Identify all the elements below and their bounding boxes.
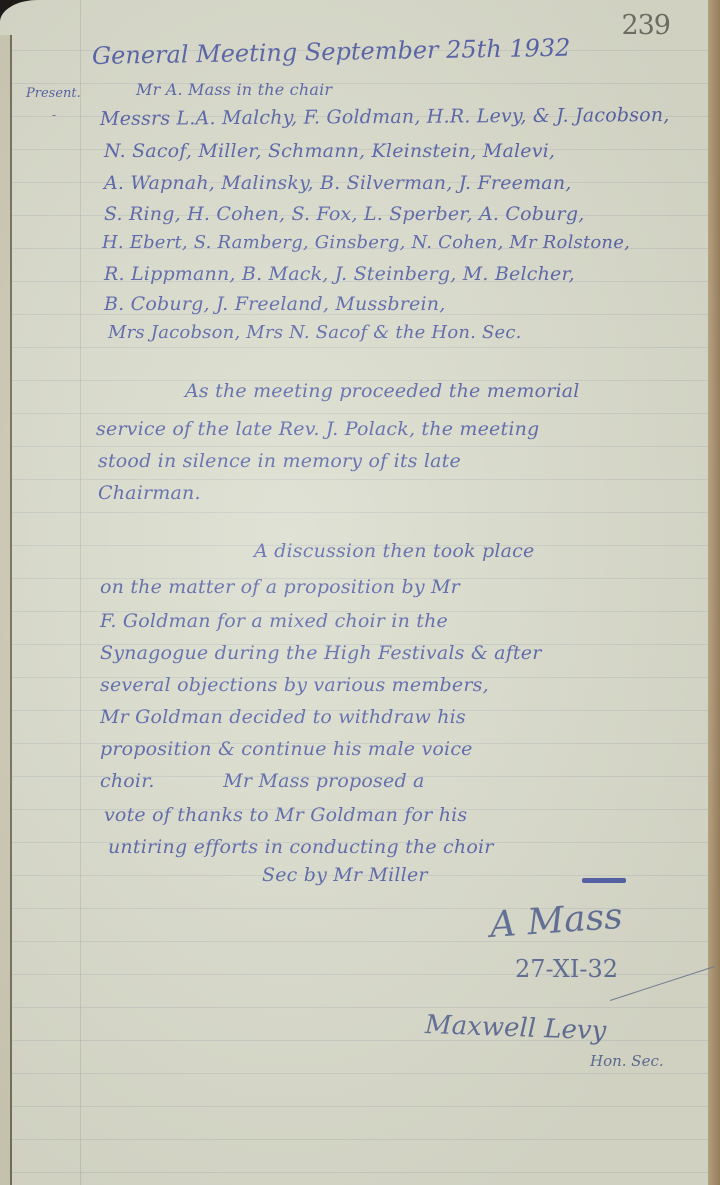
attendee-line: R. Lippmann, B. Mack, J. Steinberg, M. B… — [104, 263, 575, 285]
discussion-line: vote of thanks to Mr Goldman for his — [104, 804, 467, 826]
signature-date: 27-XI-32 — [515, 955, 618, 983]
chair-line: Mr A. Mass in the chair — [136, 80, 332, 99]
attendee-line: N. Sacof, Miller, Schmann, Kleinstein, M… — [104, 140, 555, 162]
discussion-line: proposition & continue his male voice — [100, 738, 473, 760]
seconded-line: Sec by Mr Miller — [262, 864, 428, 886]
discussion-line: Mr Goldman decided to withdraw his — [100, 706, 466, 728]
margin-note-present: Present. — [26, 86, 81, 101]
discussion-line: F. Goldman for a mixed choir in the — [100, 610, 448, 632]
attendee-line: Messrs L.A. Malchy, F. Goldman, H.R. Lev… — [100, 104, 670, 130]
attendee-line: Mrs Jacobson, Mrs N. Sacof & the Hon. Se… — [108, 322, 522, 343]
memorial-line: service of the late Rev. J. Polack, the … — [96, 418, 539, 440]
pencil-stroke — [610, 966, 715, 1001]
discussion-line: A discussion then took place — [254, 540, 534, 562]
attendee-line: A. Wapnah, Malinsky, B. Silverman, J. Fr… — [104, 172, 572, 194]
secretary-signature: Maxwell Levy — [424, 1010, 606, 1046]
attendee-line: S. Ring, H. Cohen, S. Fox, L. Sperber, A… — [104, 203, 584, 225]
ledger-page: 239 General Meeting September 25th 1932 … — [0, 0, 720, 1185]
attendee-line: B. Coburg, J. Freeland, Mussbrein, — [104, 293, 445, 315]
discussion-line: several objections by various members, — [100, 674, 489, 696]
page-number: 239 — [621, 10, 670, 41]
previous-page-edge — [0, 35, 12, 1185]
margin-rule — [80, 0, 81, 1185]
discussion-line: choir. Mr Mass proposed a — [100, 770, 425, 792]
attendee-line: H. Ebert, S. Ramberg, Ginsberg, N. Cohen… — [102, 232, 630, 253]
memorial-line: As the meeting proceeded the memorial — [185, 380, 580, 402]
memorial-line: Chairman. — [98, 482, 201, 504]
secretary-title: Hon. Sec. — [590, 1052, 664, 1070]
book-edge — [708, 0, 720, 1185]
margin-dash: - — [52, 108, 56, 122]
memorial-line: stood in silence in memory of its late — [98, 450, 461, 472]
meeting-heading: General Meeting September 25th 1932 — [92, 34, 571, 70]
discussion-line: untiring efforts in conducting the choir — [108, 836, 494, 858]
discussion-line: Synagogue during the High Festivals & af… — [100, 642, 542, 664]
chair-signature: A Mass — [489, 896, 624, 946]
ink-strike — [582, 878, 626, 883]
discussion-line: on the matter of a proposition by Mr — [100, 576, 460, 598]
